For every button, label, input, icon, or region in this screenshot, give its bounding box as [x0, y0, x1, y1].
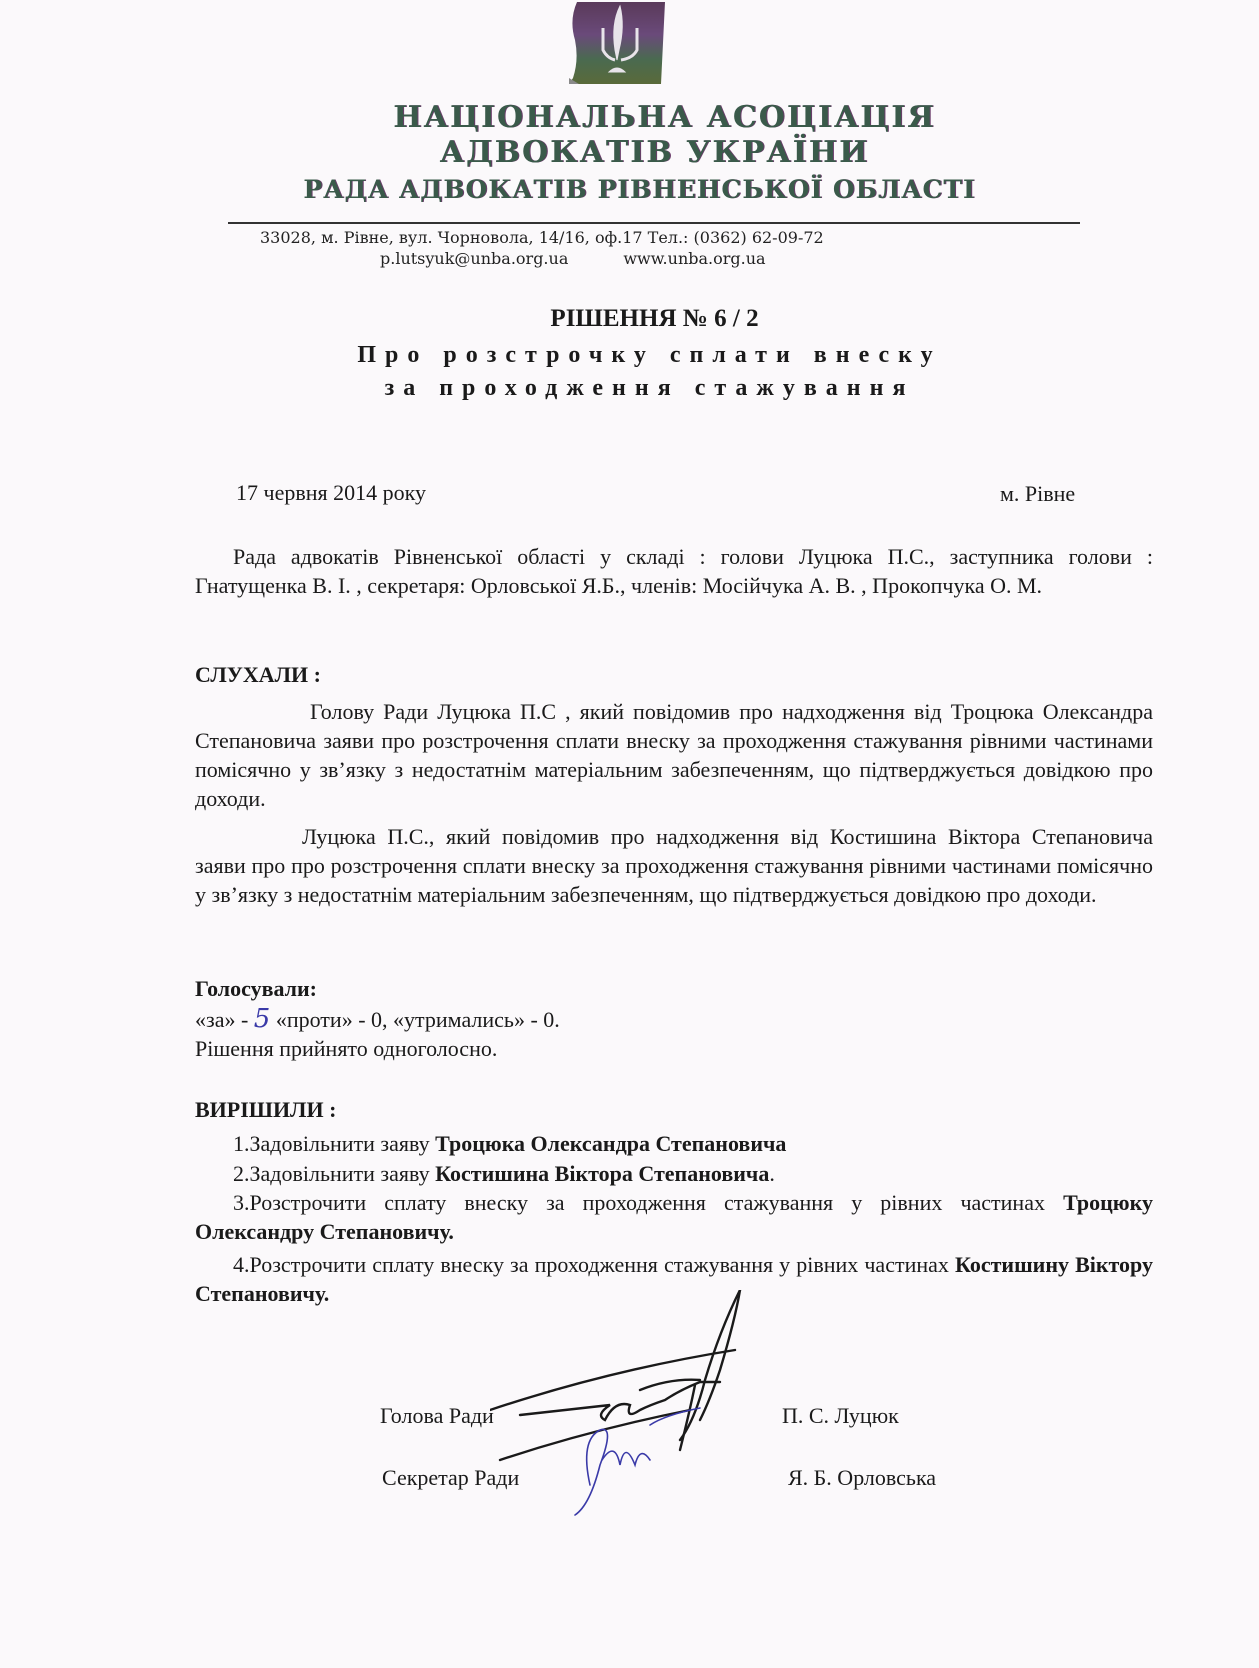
voting-heading: Голосували: [195, 976, 317, 1002]
chair-name: П. С. Луцюк [782, 1403, 899, 1429]
handwritten-signatures [490, 1290, 810, 1520]
heard-heading: СЛУХАЛИ : [195, 662, 321, 688]
decided-item-3: 3.Розстрочити сплату внеску за проходжен… [195, 1188, 1153, 1246]
letterhead-website[interactable]: www.unba.org.ua [623, 249, 765, 268]
secretary-name: Я. Б. Орловська [788, 1465, 936, 1491]
voting-outcome: Рішення прийнято одноголосно. [195, 1034, 497, 1063]
letterhead-council-name: РАДА АДВОКАТІВ РІВНЕНСЬКОЇ ОБЛАСТІ [0, 175, 1259, 204]
decision-city: м. Рівне [1000, 479, 1075, 508]
letterhead-email[interactable]: p.lutsyuk@unba.org.ua [380, 249, 568, 268]
letterhead-contacts: p.lutsyuk@unba.org.uawww.unba.org.ua [0, 249, 1259, 268]
letterhead-address: 33028, м. Рівне, вул. Чорновола, 14/16, … [0, 228, 1259, 247]
trident-quill-logo-icon [565, 0, 665, 88]
decision-subject-line1: Про розстрочку сплати внеску [0, 342, 1259, 369]
vote-for-count-handwritten: 5 [254, 1004, 271, 1034]
letterhead-association-name-line2: АДВОКАТІВ УКРАЇНИ [0, 135, 1259, 170]
voting-results: «за» - 5 «проти» - 0, «утримались» - 0. [195, 1005, 560, 1034]
heard-paragraph-1: Голову Ради Луцюка П.С , який повідомив … [195, 697, 1153, 813]
chair-role-label: Голова Ради [380, 1403, 494, 1429]
secretary-role-label: Секретар Ради [382, 1465, 519, 1491]
decision-subject-line2: за проходження стажування [0, 375, 1259, 402]
decision-heading: РІШЕННЯ № 6 / 2 [0, 305, 1259, 333]
decided-item-1: 1.Задовільнити заяву Троцюка Олександра … [233, 1129, 786, 1158]
vote-against-abstain: «проти» - 0, «утримались» - 0. [276, 1007, 560, 1032]
vote-for-label: «за» - [195, 1007, 248, 1032]
letterhead-divider [228, 222, 1080, 224]
heard-paragraph-2: Луцюка П.С., який повідомив про надходже… [195, 822, 1153, 909]
decided-heading: ВИРІШИЛИ : [195, 1097, 336, 1123]
decided-item-2: 2.Задовільнити заяву Костишина Віктора С… [233, 1159, 775, 1188]
letterhead-association-name-line1: НАЦІОНАЛЬНА АСОЦІАЦІЯ [0, 100, 1259, 135]
council-composition-paragraph: Рада адвокатів Рівненської області у скл… [195, 542, 1153, 600]
decision-date: 17 червня 2014 року [236, 478, 426, 507]
